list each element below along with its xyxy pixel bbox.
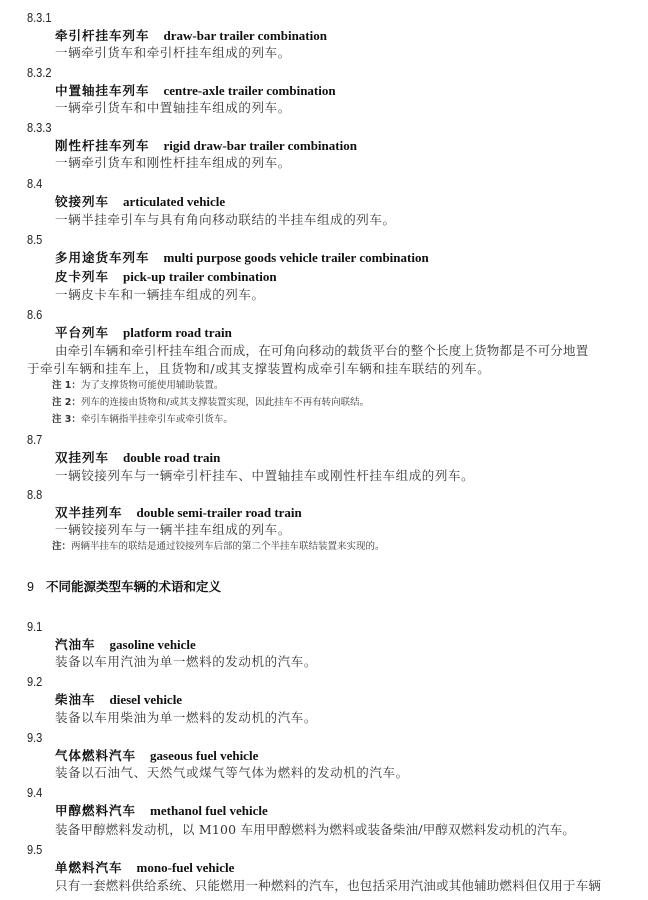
term-heading: 刚性杆挂车列车rigid draw-bar trailer combinatio… [55, 139, 357, 153]
term-en: methanol fuel vehicle [150, 803, 268, 818]
definition: 一辆半挂牵引车与具有角向移动联结的半挂车组成的列车。 [55, 214, 396, 227]
term-heading: 平台列车platform road train [55, 326, 232, 340]
note: 注 2：列车的连接由货物和/或其支撑装置实现，因此挂车不再有转向联结。 [52, 398, 369, 408]
term-en: gaseous fuel vehicle [150, 748, 258, 763]
term-zh: 双半挂列车 [55, 505, 123, 520]
term-zh: 牵引杆挂车列车 [55, 28, 150, 43]
note-text: 两辆半挂车的联结是通过铰接列车后部的第二个半挂车联结装置来实现的。 [71, 541, 385, 552]
note-label: 注 1： [52, 380, 81, 391]
term-en: platform road train [123, 325, 232, 340]
definition: 装备以车用汽油为单一燃料的发动机的汽车。 [55, 656, 317, 669]
term-en: double semi-trailer road train [137, 505, 302, 520]
term-zh: 中置轴挂车列车 [55, 83, 150, 98]
term-zh: 柴油车 [55, 692, 96, 707]
section-number: 8.5 [27, 234, 42, 247]
note-text: 为了支撑货物可能使用辅助装置。 [81, 380, 224, 391]
term-zh: 甲醇燃料汽车 [55, 803, 136, 818]
term-heading: 多用途货车列车multi purpose goods vehicle trail… [55, 251, 429, 265]
section-number: 8.8 [27, 489, 42, 502]
term-zh: 铰接列车 [55, 194, 109, 209]
term-zh: 单燃料汽车 [55, 860, 123, 875]
term-heading: 气体燃料汽车gaseous fuel vehicle [55, 749, 258, 763]
definition-line-2: 于牵引车辆和挂车上，且货物和/或其支撑装置构成牵引车辆和挂车联结的列车。 [27, 363, 490, 376]
term-en: multi purpose goods vehicle trailer comb… [164, 250, 429, 265]
term-en: mono-fuel vehicle [137, 860, 235, 875]
term-zh: 平台列车 [55, 325, 109, 340]
definition: 装备甲醇燃料发动机，以 M100 车用甲醇燃料为燃料或装备柴油/甲醇双燃料发动机… [55, 824, 575, 837]
chapter-title: 不同能源类型车辆的术语和定义 [46, 579, 221, 594]
section-number: 8.3.2 [27, 67, 51, 80]
term-zh: 多用途货车列车 [55, 250, 150, 265]
term-heading: 双半挂列车double semi-trailer road train [55, 506, 302, 520]
definition: 装备以车用柴油为单一燃料的发动机的汽车。 [55, 712, 317, 725]
note: 注：两辆半挂车的联结是通过铰接列车后部的第二个半挂车联结装置来实现的。 [52, 542, 385, 552]
definition: 一辆铰接列车与一辆牵引杆挂车、中置轴挂车或刚性杆挂车组成的列车。 [55, 470, 474, 483]
note-label: 注 2： [52, 397, 81, 408]
note: 注 1：为了支撑货物可能使用辅助装置。 [52, 381, 223, 391]
definition: 一辆牵引货车和刚性杆挂车组成的列车。 [55, 157, 291, 170]
term-heading: 单燃料汽车mono-fuel vehicle [55, 861, 234, 875]
term-en: double road train [123, 450, 220, 465]
term-zh: 气体燃料汽车 [55, 748, 136, 763]
term-heading: 汽油车gasoline vehicle [55, 638, 196, 652]
note-label: 注 3： [52, 414, 81, 425]
term-heading: 中置轴挂车列车centre-axle trailer combination [55, 84, 336, 98]
definition: 装备以石油气、天然气或煤气等气体为燃料的发动机的汽车。 [55, 767, 409, 780]
definition: 只有一套燃料供给系统、只能燃用一种燃料的汽车，也包括采用汽油或其他辅助燃料但仅用… [55, 880, 601, 893]
section-number: 8.7 [27, 434, 42, 447]
section-number: 8.3.3 [27, 122, 51, 135]
section-number: 9.3 [27, 732, 42, 745]
term-en: articulated vehicle [123, 194, 225, 209]
term-zh: 皮卡列车 [55, 269, 109, 284]
section-number: 9.1 [27, 621, 42, 634]
term-heading-synonym: 皮卡列车pick-up trailer combination [55, 270, 277, 284]
term-heading: 甲醇燃料汽车methanol fuel vehicle [55, 804, 268, 818]
section-number: 9.5 [27, 844, 42, 857]
term-en: pick-up trailer combination [123, 269, 277, 284]
section-number: 8.4 [27, 178, 42, 191]
term-en: rigid draw-bar trailer combination [164, 138, 357, 153]
term-heading: 牵引杆挂车列车draw-bar trailer combination [55, 29, 327, 43]
section-number: 9.4 [27, 787, 42, 800]
section-number: 9.2 [27, 676, 42, 689]
chapter-heading: 9不同能源类型车辆的术语和定义 [27, 581, 221, 594]
term-heading: 双挂列车double road train [55, 451, 220, 465]
definition: 一辆皮卡车和一辆挂车组成的列车。 [55, 289, 265, 302]
note-text: 列车的连接由货物和/或其支撑装置实现，因此挂车不再有转向联结。 [81, 397, 369, 408]
definition: 一辆牵引货车和中置轴挂车组成的列车。 [55, 102, 291, 115]
section-number: 8.6 [27, 309, 42, 322]
term-en: diesel vehicle [110, 692, 183, 707]
term-heading: 铰接列车articulated vehicle [55, 195, 225, 209]
term-en: draw-bar trailer combination [164, 28, 327, 43]
section-number: 8.3.1 [27, 12, 51, 25]
definition: 一辆铰接列车与一辆半挂车组成的列车。 [55, 524, 291, 537]
term-zh: 汽油车 [55, 637, 96, 652]
term-heading: 柴油车diesel vehicle [55, 693, 182, 707]
term-en: gasoline vehicle [110, 637, 196, 652]
note: 注 3：牵引车辆指半挂牵引车或牵引货车。 [52, 415, 233, 425]
note-text: 牵引车辆指半挂牵引车或牵引货车。 [81, 414, 233, 425]
term-en: centre-axle trailer combination [164, 83, 336, 98]
definition: 一辆牵引货车和牵引杆挂车组成的列车。 [55, 47, 291, 60]
chapter-number: 9 [27, 580, 34, 594]
note-label: 注： [52, 541, 71, 552]
definition-line-1: 由牵引车辆和牵引杆挂车组合而成，在可角向移动的载货平台的整个长度上货物都是不可分… [55, 345, 588, 358]
term-zh: 刚性杆挂车列车 [55, 138, 150, 153]
term-zh: 双挂列车 [55, 450, 109, 465]
